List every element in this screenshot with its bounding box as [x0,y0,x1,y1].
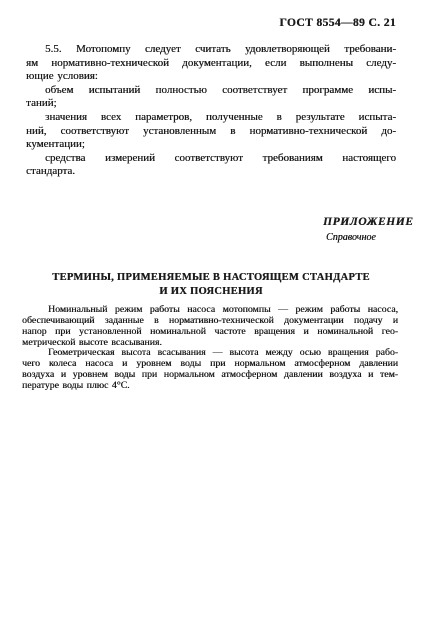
appendix-heading-block: ПРИЛОЖЕНИЕ Справочное [323,216,413,243]
text-line: средства измерений соответствуют требова… [26,152,396,166]
text-line: объем испытаний полностью соответствует … [26,84,396,98]
text-line: стандарта. [26,165,396,179]
page-header-standard-number: ГОСТ 8554—89 С. 21 [279,17,396,29]
text-line: ющие условия: [26,70,396,84]
text-line: таний; [26,97,396,111]
appendix-terms-text: Номинальный режим работы насоса мотопомп… [22,305,398,392]
appendix-label: ПРИЛОЖЕНИЕ [323,216,413,228]
appendix-title-line-2: И ИХ ПОЯСНЕНИЯ [159,286,262,297]
appendix-title: ТЕРМИНЫ, ПРИМЕНЯЕМЫЕ В НАСТОЯЩЕМ СТАНДАР… [0,271,422,298]
text-line: ям нормативно-технической документации, … [26,57,396,71]
appendix-subtitle: Справочное [326,232,413,243]
text-line: значения всех параметров, полученные в р… [26,111,396,125]
text-line: кументации; [26,138,396,152]
text-line: 5.5. Мотопомпу следует считать удовлетво… [26,43,396,57]
document-page: ГОСТ 8554—89 С. 21 5.5. Мотопомпу следуе… [0,0,422,641]
text-line: пературе воды плюс 4°С. [22,381,398,392]
appendix-title-line-1: ТЕРМИНЫ, ПРИМЕНЯЕМЫЕ В НАСТОЯЩЕМ СТАНДАР… [52,272,370,283]
section-5-5: 5.5. Мотопомпу следует считать удовлетво… [26,43,396,179]
text-line: ний, соответствуют установленным в норма… [26,125,396,139]
text-line: напор при установленной номинальной част… [22,327,398,338]
